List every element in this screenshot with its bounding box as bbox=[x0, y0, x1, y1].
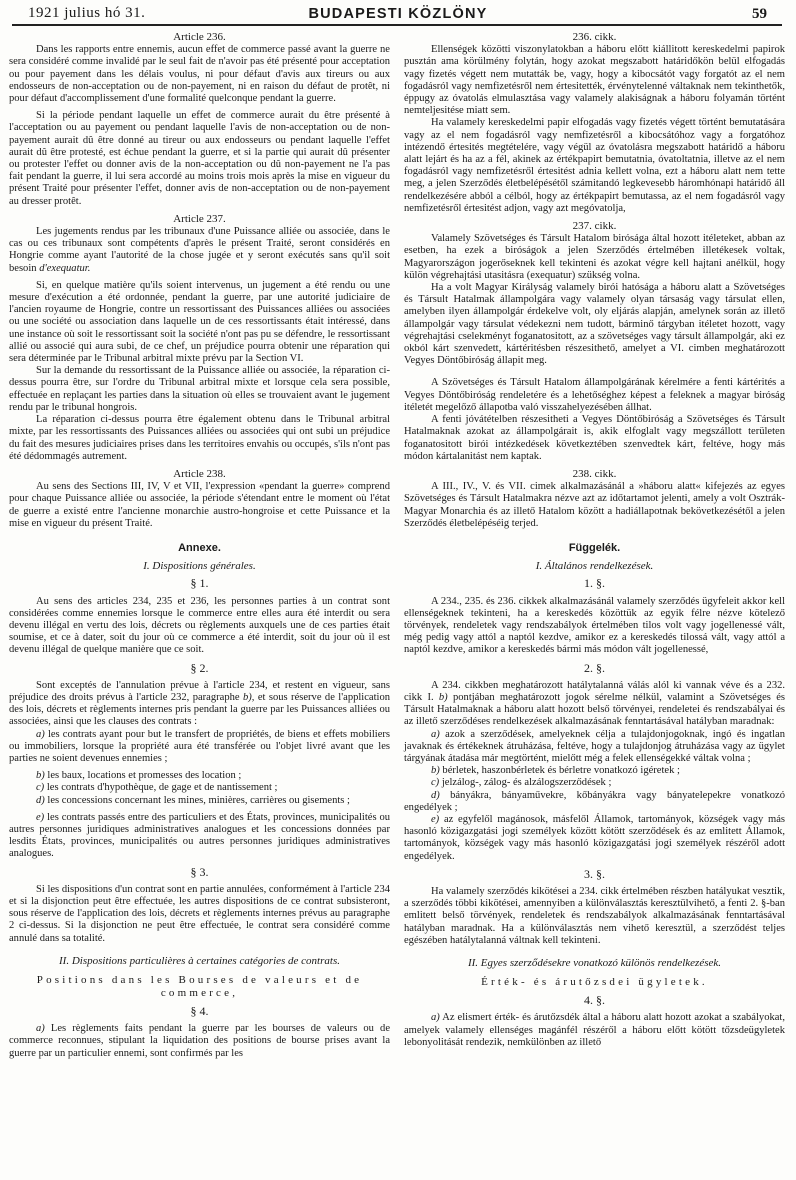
article-237-heading: Article 237. bbox=[9, 213, 390, 225]
article-237-paragraph-4: La réparation ci-dessus pourra être égal… bbox=[9, 414, 390, 463]
paragraph-2-item-d: d) les concessions concernant les mines,… bbox=[9, 795, 390, 807]
paragraph-4-text: a) Les règlements faits pendant la guerr… bbox=[9, 1023, 390, 1060]
header-rule bbox=[12, 24, 782, 26]
section-3-paragraph-text: Ha valamely szerződés kikötései a 234. c… bbox=[404, 886, 785, 947]
cikk-236-paragraph-1: Ellenségek közötti viszonylatokban a háb… bbox=[404, 44, 785, 117]
cikk-236-paragraph-2: Ha valamely kereskedelmi papir elfogadás… bbox=[404, 117, 785, 215]
paragraph-2-item-b: b) les baux, locations et promesses des … bbox=[9, 770, 390, 782]
article-237-paragraph-2: Si, en quelque matière qu'ils soient int… bbox=[9, 280, 390, 365]
page-header: 1921 julius hó 31. BUDAPESTI KÖZLÖNY 59 bbox=[0, 0, 796, 30]
section-2-paragraph-intro: A 234. cikkben meghatározott hatálytalan… bbox=[404, 680, 785, 729]
cikk-237-paragraph-1: Valamely Szövetséges és Társult Hatalom … bbox=[404, 233, 785, 282]
section-2-item-e: e) az egyfelől magánosok, másfelől Állam… bbox=[404, 814, 785, 863]
cikk-238-paragraph-1: A III., IV., V. és VII. cimek alkalmazás… bbox=[404, 481, 785, 530]
paragraph-4-heading: § 4. bbox=[9, 1005, 390, 1017]
cikk-237-heading: 237. cikk. bbox=[404, 220, 785, 232]
article-237-paragraph-3: Sur la demande du ressortissant de la Pu… bbox=[9, 365, 390, 414]
section-2-heading: II. Dispositions particulières à certain… bbox=[9, 955, 390, 967]
section-4-paragraph-text: a) Az elismert érték- és árutőzsdék álta… bbox=[404, 1012, 785, 1049]
section-1-paragraph-text: A 234., 235. és 236. cikkek alkalmazásán… bbox=[404, 596, 785, 657]
cikk-237-paragraph-3: A Szövetséges és Társult Hatalom állampo… bbox=[404, 377, 785, 414]
french-column: Article 236. Dans les rapports entre enn… bbox=[9, 31, 390, 1060]
article-237-paragraph-1: Les jugements rendus par les tribunaux d… bbox=[9, 226, 390, 275]
cikk-238-heading: 238. cikk. bbox=[404, 468, 785, 480]
section-1-paragraph-heading: 1. §. bbox=[404, 577, 785, 589]
section-2-item-b: b) bérletek, haszonbérletek és bérletre … bbox=[404, 765, 785, 777]
section-4-paragraph-heading: 4. §. bbox=[404, 994, 785, 1006]
hungarian-column: 236. cikk. Ellenségek közötti viszonylat… bbox=[404, 31, 785, 1049]
article-238-heading: Article 238. bbox=[9, 468, 390, 480]
paragraph-3-text: Si les dispositions d'un contrat sont en… bbox=[9, 884, 390, 945]
annex-heading: Annexe. bbox=[9, 542, 390, 554]
newspaper-title: BUDAPESTI KÖZLÖNY bbox=[0, 6, 796, 22]
article-238-paragraph-1: Au sens des Sections III, IV, V et VII, … bbox=[9, 481, 390, 530]
paragraph-3-heading: § 3. bbox=[9, 866, 390, 878]
fuggelek-heading: Függelék. bbox=[404, 542, 785, 554]
paragraph-1-heading: § 1. bbox=[9, 577, 390, 589]
section-1-heading: I. Dispositions générales. bbox=[9, 560, 390, 572]
bourses-heading: Positions dans les Bourses de valeurs et… bbox=[9, 974, 390, 1000]
article-236-paragraph-1: Dans les rapports entre ennemis, aucun e… bbox=[9, 44, 390, 105]
paragraph-2-intro: Sont exceptés de l'annulation prévue à l… bbox=[9, 680, 390, 729]
section-3-paragraph-heading: 3. §. bbox=[404, 868, 785, 880]
section-2-item-a: a) azok a szerződések, amelyeknek célja … bbox=[404, 729, 785, 766]
cikk-237-paragraph-2: Ha a volt Magyar Királyság valamely biró… bbox=[404, 282, 785, 367]
paragraph-2-item-a: a) les contrats ayant pour but le transf… bbox=[9, 729, 390, 766]
general-provisions-heading: I. Általános rendelkezések. bbox=[404, 560, 785, 572]
page-number: 59 bbox=[752, 6, 767, 23]
section-2-item-d: d) bányákra, bányaművekre, kőbányákra va… bbox=[404, 790, 785, 814]
article-236-heading: Article 236. bbox=[9, 31, 390, 43]
cikk-236-heading: 236. cikk. bbox=[404, 31, 785, 43]
section-2-paragraph-heading: 2. §. bbox=[404, 662, 785, 674]
paragraph-1-text: Au sens des articles 234, 235 et 236, le… bbox=[9, 596, 390, 657]
section-2-item-c: c) jelzálog-, zálog- és alzálogszerződés… bbox=[404, 777, 785, 789]
paragraph-2-heading: § 2. bbox=[9, 662, 390, 674]
article-236-paragraph-2: Si la période pendant laquelle un effet … bbox=[9, 110, 390, 208]
paragraph-2-item-e: e) les contrats passés entre des particu… bbox=[9, 812, 390, 861]
special-provisions-heading: II. Egyes szerződésekre vonatkozó különö… bbox=[404, 957, 785, 969]
exchange-transactions-heading: Érték- és árutőzsdei ügyletek. bbox=[404, 976, 785, 989]
cikk-237-paragraph-4: A fenti jóvátételben részesitheti a Vegy… bbox=[404, 414, 785, 463]
paragraph-2-item-c: c) les contrats d'hypothèque, de gage et… bbox=[9, 782, 390, 794]
